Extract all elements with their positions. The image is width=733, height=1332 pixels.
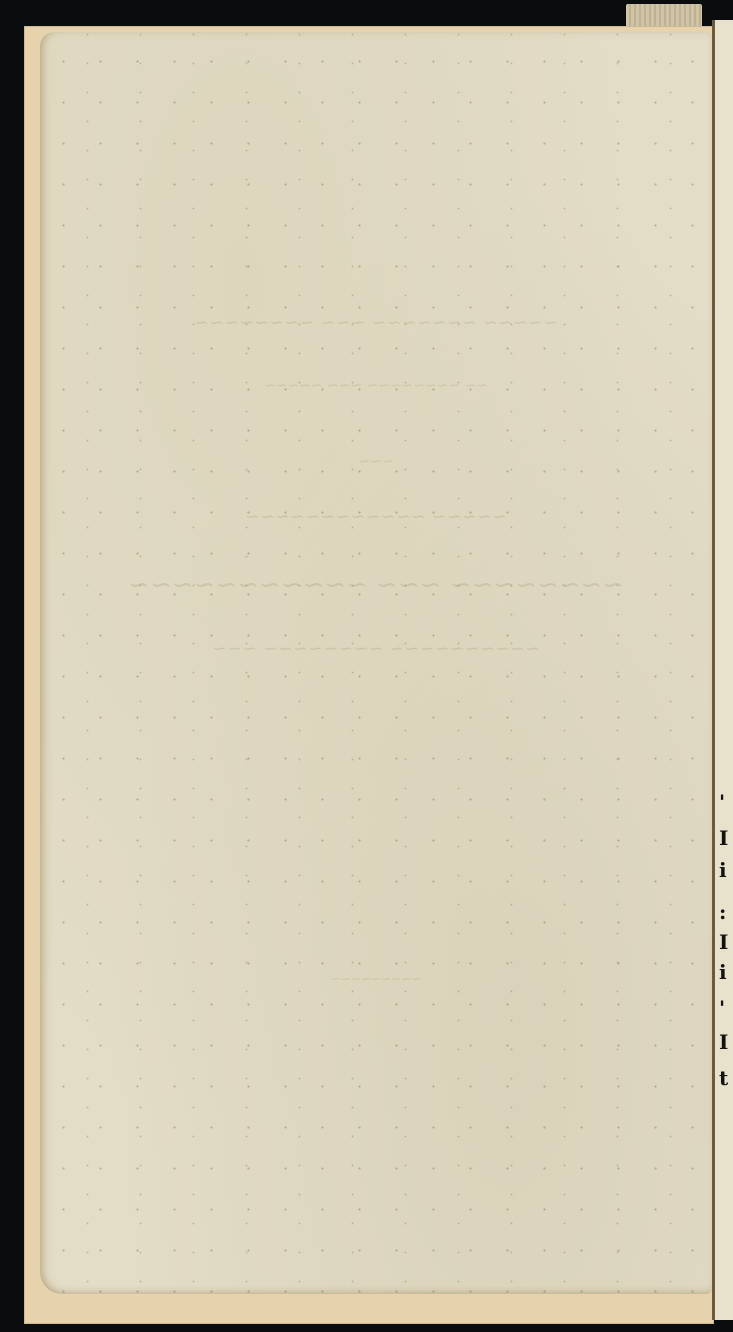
show-through-line: ~~~~~ ~~~~~~~~~~~~: [40, 506, 712, 527]
adjacent-glyph: ': [719, 790, 725, 814]
show-through-line: ~~ ~~~~~~~~ ~~~ ~~~~~: [40, 378, 712, 394]
adjacent-glyph: i: [719, 960, 727, 984]
adjacent-glyph: ': [719, 996, 725, 1020]
show-through-line: ~~~~~~~~~~ ~~~~~~~~ ~~~: [40, 638, 712, 659]
show-through-line: ~~~~~~~~~: [40, 972, 712, 986]
show-through-line: ~~~~~~~~ ~~~ ~~~~~~~~~~~: [40, 570, 712, 600]
adjacent-page-edge: 'Ii:Ii'It: [712, 20, 733, 1320]
adjacent-glyph: I: [719, 1030, 728, 1054]
adjacent-glyph: i: [719, 858, 727, 882]
adjacent-glyph: I: [719, 826, 728, 850]
show-through-line: ~~~: [40, 454, 712, 470]
adjacent-glyph: :: [719, 900, 726, 924]
show-through-line: ~~~~~ ~~~~~~~ ~~~ ~~~~~~~~: [40, 312, 712, 333]
book-page: ~~~~~ ~~~~~~~ ~~~ ~~~~~~~~~~ ~~~~~~~~ ~~…: [40, 32, 712, 1294]
adjacent-glyph: t: [719, 1066, 728, 1090]
adjacent-glyph: I: [719, 930, 728, 954]
